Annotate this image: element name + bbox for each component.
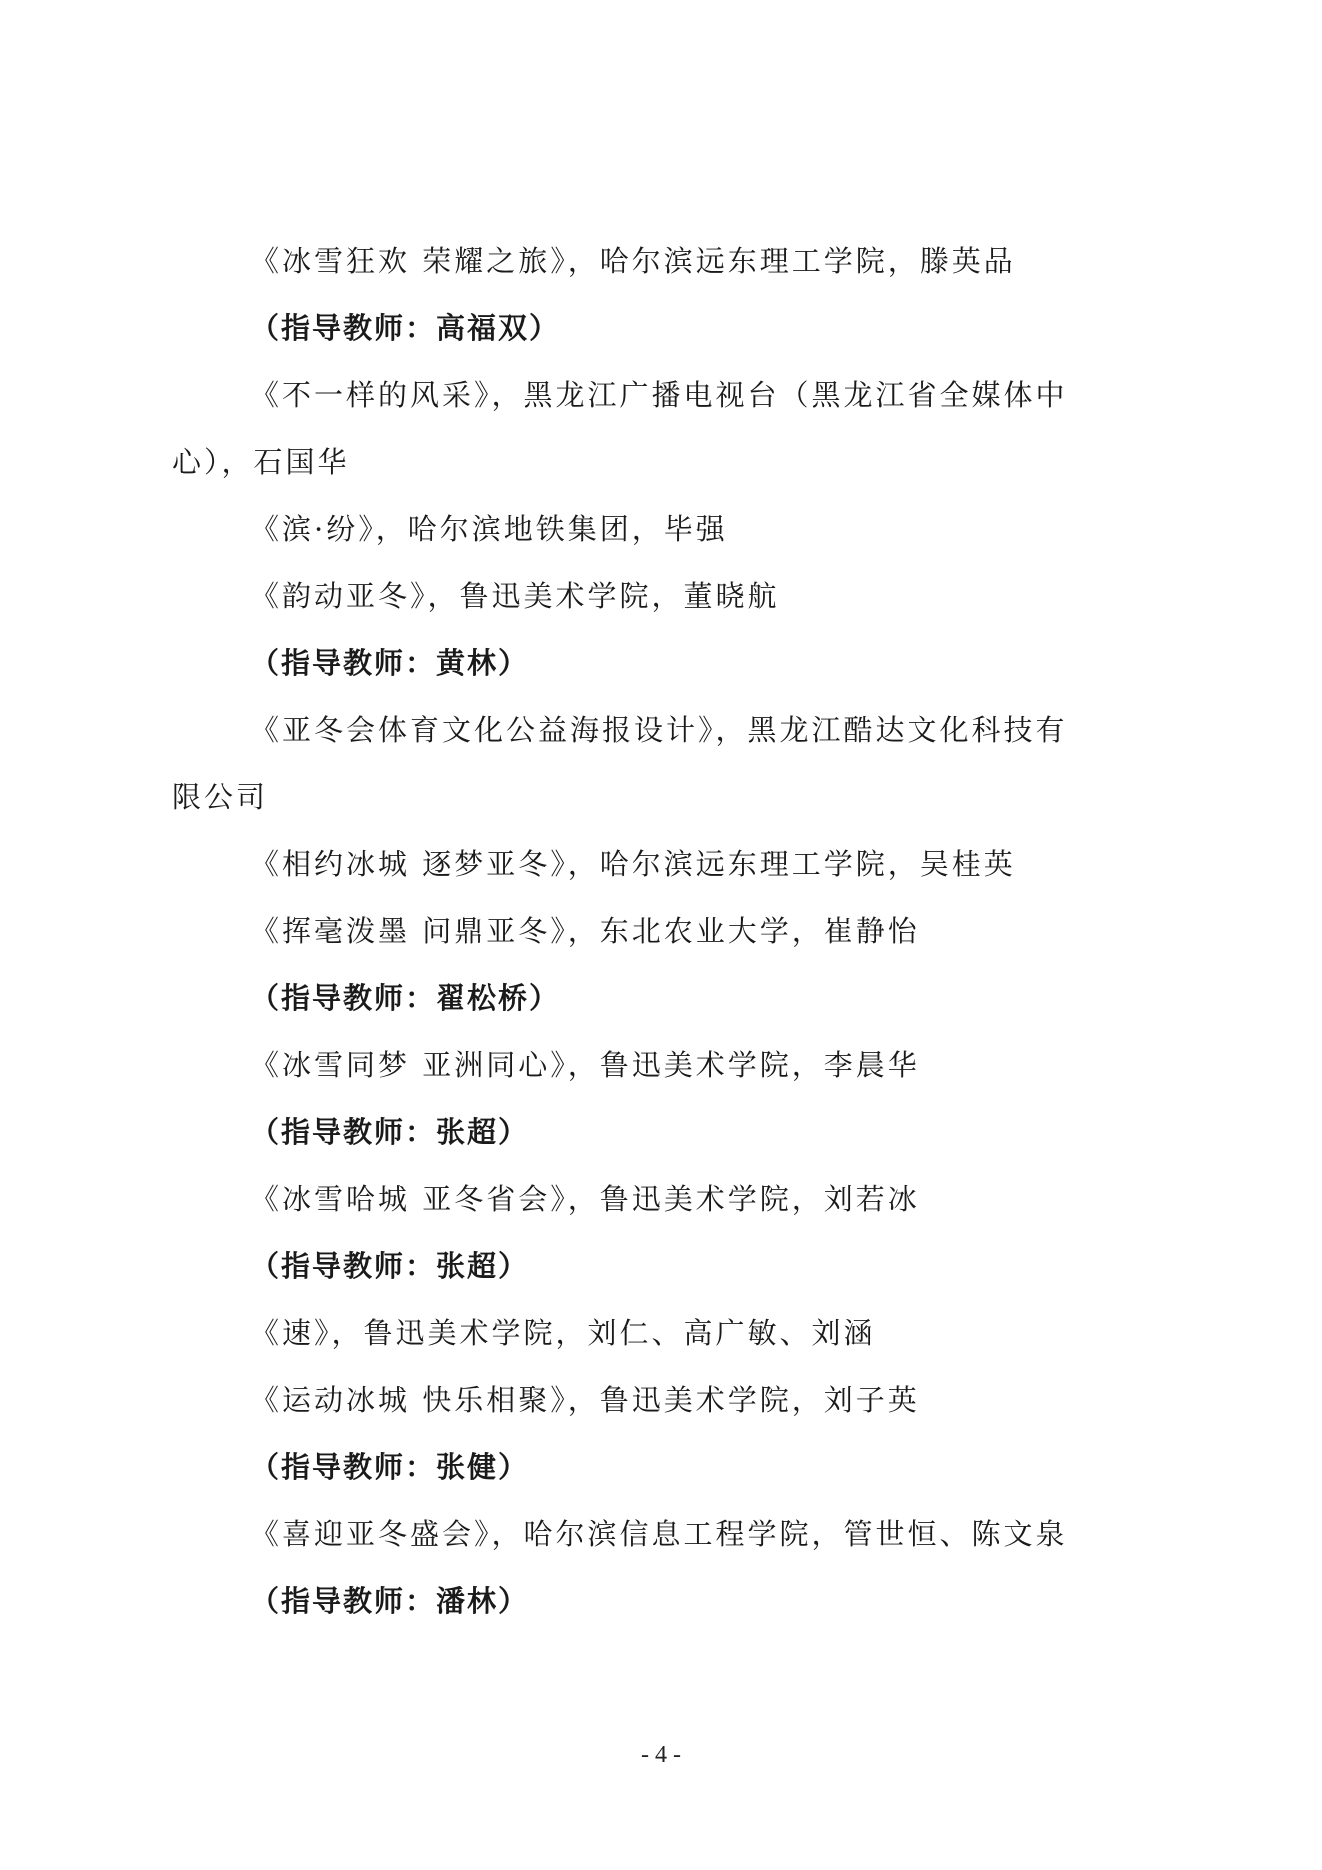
document-page: 《冰雪狂欢 荣耀之旅》，哈尔滨远东理工学院，滕英品 （指导教师：高福双） 《不一… <box>0 0 1322 1870</box>
page-number: - 4 - <box>0 1742 1322 1769</box>
entry-line: 《挥毫泼墨 问鼎亚冬》，东北农业大学，崔静怡 <box>172 898 1152 965</box>
entry-line: 《韵动亚冬》，鲁迅美术学院，董晓航 <box>172 563 1152 630</box>
advisor-line: （指导教师：张超） <box>172 1233 1152 1300</box>
entry-line: 《亚冬会体育文化公益海报设计》，黑龙江酷达文化科技有 <box>172 697 1152 764</box>
entry-line: 《速》，鲁迅美术学院，刘仁、高广敏、刘涵 <box>172 1300 1152 1367</box>
entry-line: 《冰雪狂欢 荣耀之旅》，哈尔滨远东理工学院，滕英品 <box>172 228 1152 295</box>
entry-line: 《不一样的风采》，黑龙江广播电视台（黑龙江省全媒体中 <box>172 362 1152 429</box>
entry-line: 《喜迎亚冬盛会》，哈尔滨信息工程学院，管世恒、陈文泉 <box>172 1501 1152 1568</box>
advisor-line: （指导教师：翟松桥） <box>172 965 1152 1032</box>
entry-line: 《运动冰城 快乐相聚》，鲁迅美术学院，刘子英 <box>172 1367 1152 1434</box>
advisor-line: （指导教师：张健） <box>172 1434 1152 1501</box>
entry-line: 《冰雪同梦 亚洲同心》，鲁迅美术学院，李晨华 <box>172 1032 1152 1099</box>
continuation-line: 限公司 <box>172 764 1152 831</box>
award-list: 《冰雪狂欢 荣耀之旅》，哈尔滨远东理工学院，滕英品 （指导教师：高福双） 《不一… <box>172 228 1152 1635</box>
advisor-line: （指导教师：高福双） <box>172 295 1152 362</box>
advisor-line: （指导教师：潘林） <box>172 1568 1152 1635</box>
entry-line: 《相约冰城 逐梦亚冬》，哈尔滨远东理工学院，吴桂英 <box>172 831 1152 898</box>
advisor-line: （指导教师：张超） <box>172 1099 1152 1166</box>
entry-line: 《滨·纷》，哈尔滨地铁集团，毕强 <box>172 496 1152 563</box>
entry-line: 《冰雪哈城 亚冬省会》，鲁迅美术学院，刘若冰 <box>172 1166 1152 1233</box>
advisor-line: （指导教师：黄林） <box>172 630 1152 697</box>
continuation-line: 心），石国华 <box>172 429 1152 496</box>
